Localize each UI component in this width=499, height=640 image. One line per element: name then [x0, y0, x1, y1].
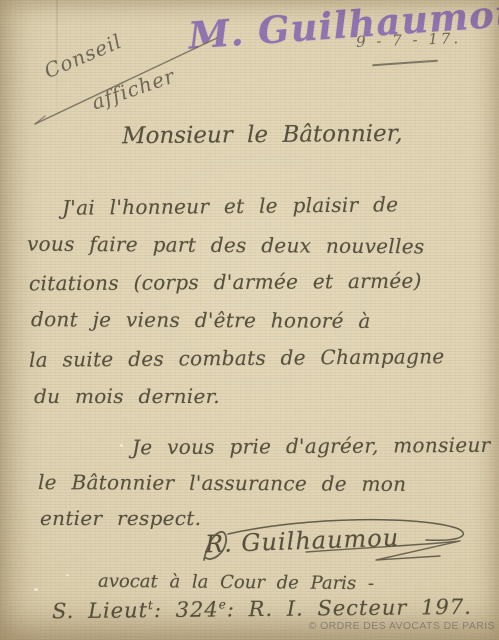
paper-speck	[66, 574, 69, 576]
unit-line: S. Lieutt: 324e: R. I. Secteur 197.	[52, 595, 472, 623]
closing-line-2: le Bâtonnier l'assurance de mon	[38, 470, 406, 496]
letter-page: M. Guilhaumou 9 - 7 - 17. Conseil affich…	[0, 0, 499, 640]
unit-sector: : R. I. Secteur 197.	[227, 595, 472, 622]
salutation: Monsieur le Bâtonnier,	[122, 121, 403, 149]
unit-regiment-sup: e	[219, 597, 227, 611]
body-line-5: la suite des combats de Champagne	[29, 344, 445, 372]
paper-speck	[34, 588, 38, 591]
body-line-6: du mois dernier.	[34, 384, 220, 408]
unit-rank: S. Lieut	[52, 598, 148, 623]
closing-line-3: entier respect.	[40, 506, 201, 530]
body-line-1: J'ai l'honneur et le plaisir de	[62, 192, 398, 220]
paper-speck	[120, 444, 123, 447]
copyright-credit: © ORDRE DES AVOCATS DE PARIS	[309, 620, 495, 632]
body-line-2: vous faire part des deux nouvelles	[27, 232, 425, 259]
unit-regiment: : 324	[154, 597, 219, 622]
closing-line-1: Je vous prie d'agréer, monsieur	[132, 433, 491, 460]
date-underline-stroke	[372, 60, 438, 67]
date-annotation: 9 - 7 - 17.	[356, 29, 462, 51]
body-line-3: citations (corps d'armée et armée)	[29, 269, 422, 296]
signer-title: avocat à la Cour de Paris -	[98, 571, 374, 594]
body-line-4: dont je viens d'être honoré à	[31, 307, 371, 333]
